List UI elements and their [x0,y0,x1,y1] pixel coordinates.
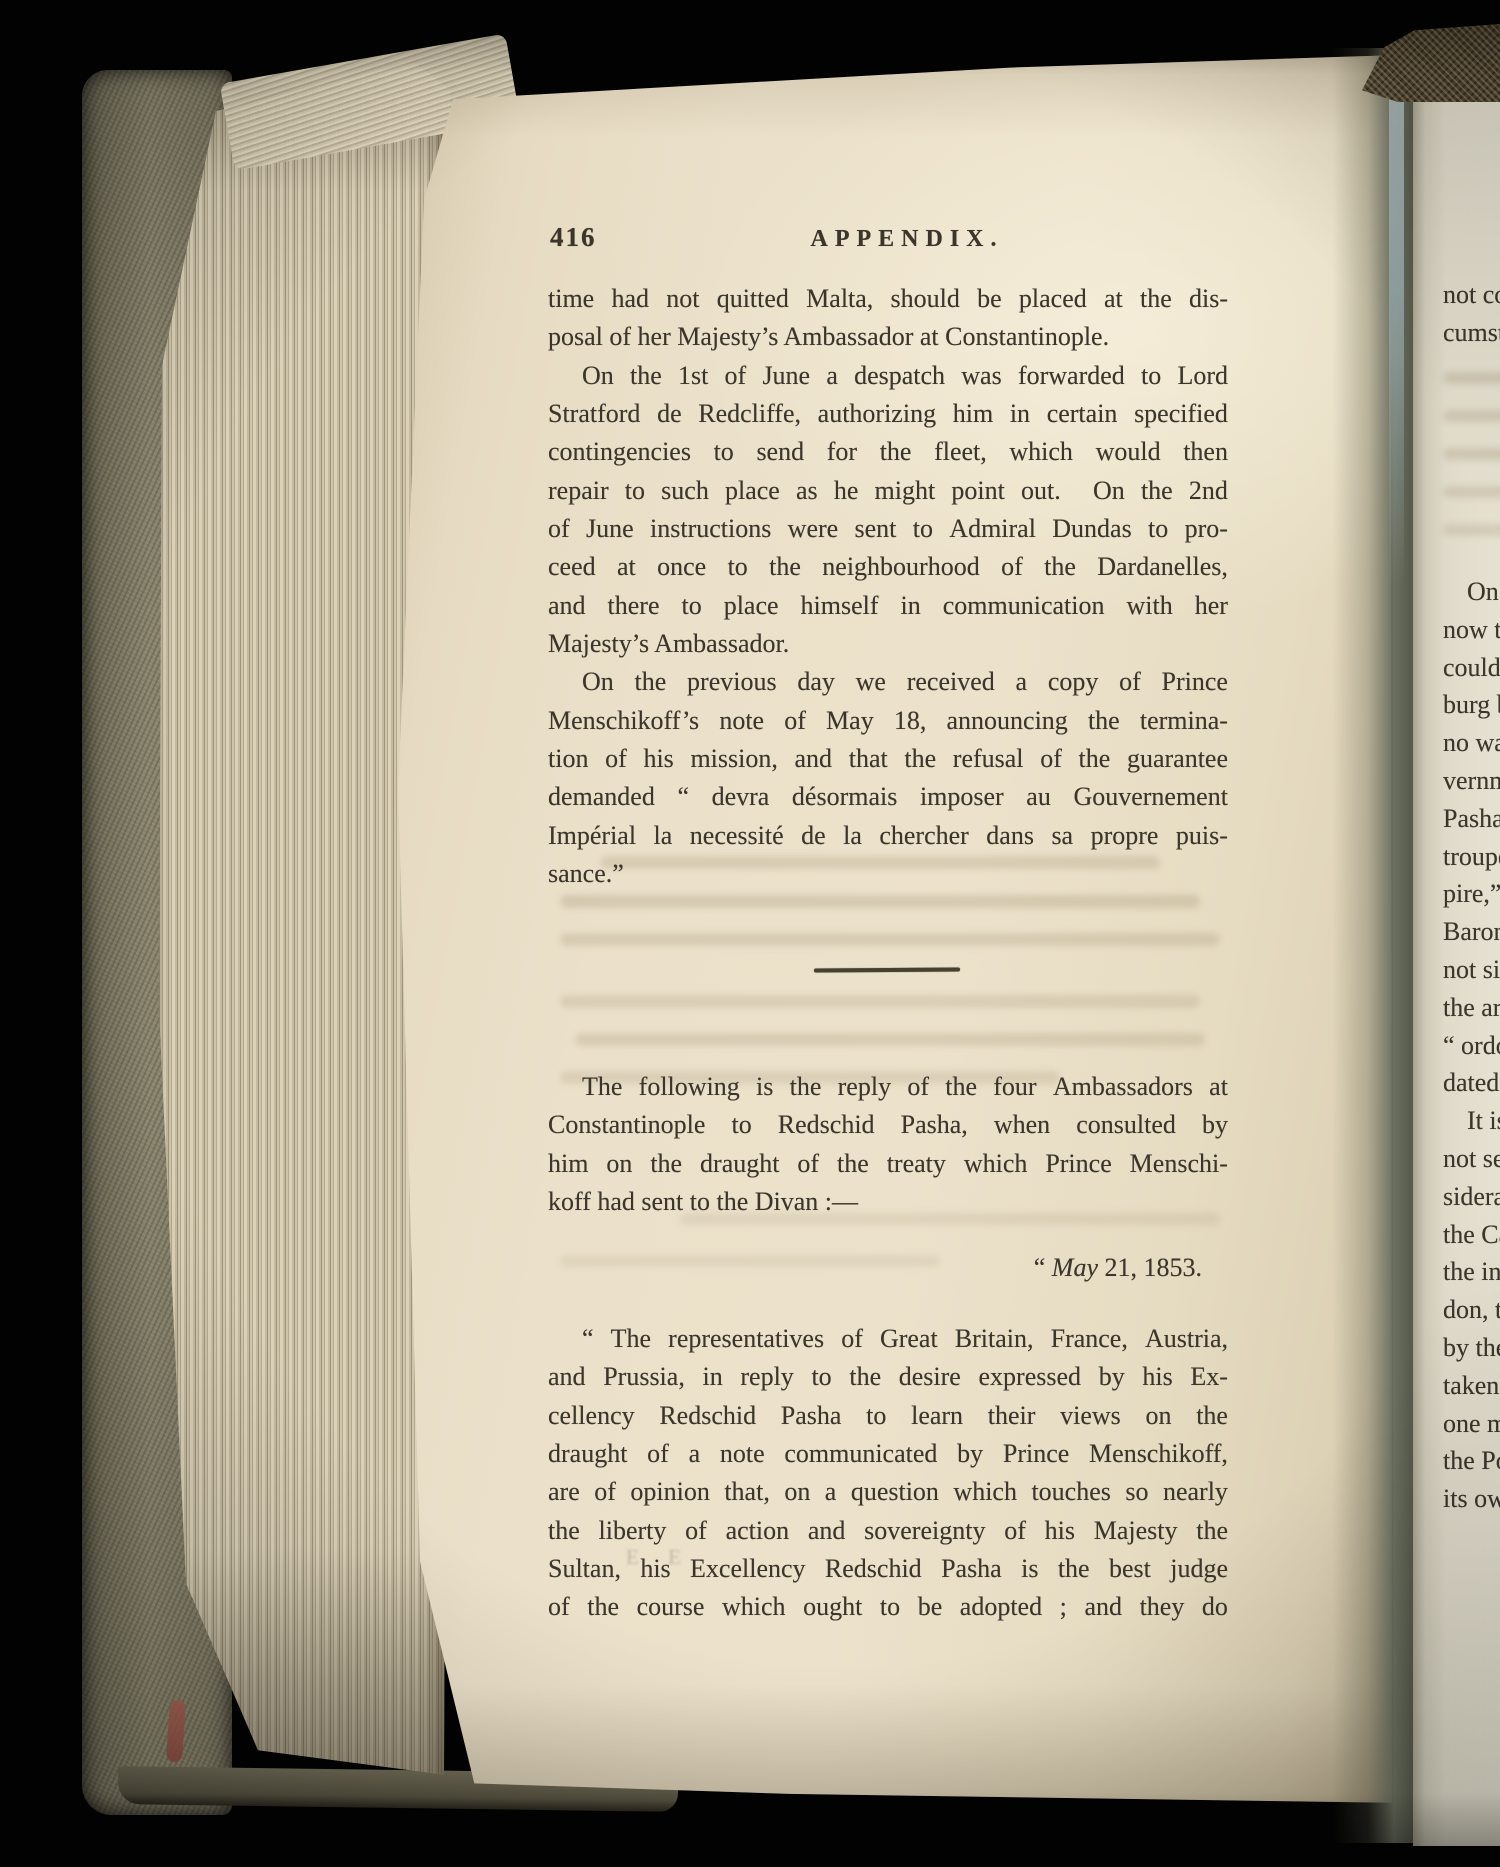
word: Pasha [941,1550,1002,1588]
word: Malta, [806,280,873,318]
word: as [796,472,818,510]
word: of [594,1473,616,1511]
word: of [841,1320,863,1358]
word: the [880,433,912,471]
text-line: “ ordo [1443,1027,1500,1065]
word: repair [548,472,609,510]
text-line: could [1443,649,1500,687]
date-line: “ May 21, 1853. [548,1249,1228,1287]
word: be [918,1588,943,1626]
text-line: not sig [1443,951,1500,989]
word: au [1026,778,1051,816]
word: to [913,510,933,548]
word: at [1209,1068,1228,1106]
word: Sultan, [548,1550,621,1588]
word: demanded [548,778,655,816]
word: previous [687,663,777,701]
text-line: cellencyRedschidPashatolearntheirviewson… [548,1397,1228,1435]
word: draught [548,1435,627,1473]
word: on [606,1145,632,1183]
text-line: burg b [1443,686,1500,724]
word: with [1126,587,1172,625]
word: mission, [690,740,777,778]
word: a [826,357,838,395]
word: note [720,1435,765,1473]
word: is [756,1068,773,1106]
word: 2nd [1189,472,1228,510]
word: to [1141,357,1161,395]
word: dis- [1189,280,1228,318]
word: necessité [690,817,784,855]
word: The [611,1320,651,1358]
signature-mark-bleed: E E [626,1545,693,1570]
word: forwarded [1018,357,1125,395]
word: had [611,280,649,318]
word: Britain, [955,1320,1034,1358]
word: which [964,1145,1028,1183]
word: to [681,587,701,625]
word: views [1060,1397,1121,1435]
paragraph-block-1: timehadnotquittedMalta,shouldbeplacedatt… [548,280,1228,894]
word: devra [712,778,770,816]
word: Admiral [949,510,1036,548]
text-line: vernm [1443,762,1500,800]
text-line: ThefollowingisthereplyofthefourAmbassado… [548,1068,1228,1106]
word: Great [880,1320,938,1358]
text-line: not se [1443,1140,1500,1178]
word: On [1093,472,1125,510]
word: refusal [953,740,1024,778]
text-line: It is [1443,1102,1500,1140]
text-line: Menschikoff’snoteofMay18,announcingthete… [548,702,1228,740]
word: “ [677,778,689,816]
word: reply [740,1358,793,1396]
word: de [801,817,826,855]
word: a [1016,663,1028,701]
word: of [1004,1512,1026,1550]
word: nearly [1163,1473,1228,1511]
word: might [875,472,936,510]
word: to [866,1397,886,1435]
word: draught [700,1145,779,1183]
word: point [951,472,1004,510]
text-line: no wa [1443,724,1500,762]
word: so [1125,1473,1148,1511]
word: himself [801,587,879,625]
word: May [826,702,874,740]
bleed-through-line [560,995,1200,1008]
word: the [548,1512,580,1550]
word: a [825,1473,837,1511]
word: in [901,587,921,625]
word: of [605,740,627,778]
word: Stratford [548,395,640,433]
text-line: the ins [1443,1253,1500,1291]
text-line: don, th [1443,1291,1500,1329]
word: la [843,817,862,855]
text-line: troupe [1443,838,1500,876]
word: place [725,472,780,510]
right-page-lines-top: not cocumst [1443,276,1500,352]
word: Ex- [1190,1358,1228,1396]
spine-head-cloth [1362,24,1500,102]
text-line: StratforddeRedcliffe,authorizinghimincer… [548,395,1228,433]
text-line: “TherepresentativesofGreatBritain,France… [548,1320,1228,1358]
word: adopted [960,1588,1042,1626]
word: puis- [1176,817,1228,855]
word: of [725,357,747,395]
word: June [762,357,810,395]
word: quitted [717,280,789,318]
word: On [582,357,614,395]
word: contingencies [548,433,691,471]
word: such [661,472,709,510]
word: Majesty [1094,1512,1178,1550]
text-line: tionofhismission,andthattherefusaloftheg… [548,740,1228,778]
word: the [849,1358,881,1396]
word: following [639,1068,740,1106]
word: de [657,395,682,433]
word: the [1079,740,1111,778]
word: Prince [1162,663,1228,701]
word: désormais [792,778,897,816]
word: note [719,702,764,740]
word: and [548,1358,586,1396]
word: desire [899,1358,961,1396]
text-line: ceedatoncetotheneighbourhoodoftheDardane… [548,548,1228,586]
word: the [904,740,936,778]
word: Redschid [659,1397,756,1435]
word: her [1195,587,1228,625]
text-line: contingenciestosendforthefleet,whichwoul… [548,433,1228,471]
word: to [1148,510,1168,548]
word: best [1109,1550,1151,1588]
word: despatch [854,357,945,395]
word: the [769,548,801,586]
word: Impérial [548,817,636,855]
text-line: andtheretoplacehimselfincommunicationwit… [548,587,1228,625]
word: by [1202,1106,1228,1144]
word: course [637,1588,705,1626]
word: that, [724,1473,770,1511]
word: On [582,663,614,701]
word: ceed [548,548,596,586]
word: would [1096,433,1161,471]
word: the [1196,1512,1228,1550]
word: his [1142,1358,1172,1396]
bleed-through-line [1443,410,1500,422]
word: to [625,472,645,510]
word: imposer [920,778,1004,816]
word: Ambassadors [1053,1068,1193,1106]
text-line: koff had sent to the Divan :— [548,1183,1228,1221]
word: are [548,1473,580,1511]
word: pro- [1185,510,1228,548]
word: ought [803,1588,862,1626]
text-line: posal of her Majesty’s Ambassador at Con… [548,318,1228,356]
bleed-through-line [1443,486,1500,498]
word: Prince [1003,1435,1069,1473]
text-line: its own [1443,1480,1500,1518]
word: Excellency [690,1550,806,1588]
text-line: draughtofanotecommunicatedbyPrinceMensch… [548,1435,1228,1473]
text-line: pire,” [1443,875,1500,913]
word: representatives [668,1320,824,1358]
word: June [586,510,634,548]
word: in [702,1358,722,1396]
text-line: Pasha [1443,800,1500,838]
word: do [1202,1588,1228,1626]
word: ; [1060,1588,1067,1626]
word: to [880,1588,900,1626]
word: which [722,1588,786,1626]
text-line: now th [1443,611,1500,649]
word: cellency [548,1397,635,1435]
text-line: siderat [1443,1178,1500,1216]
word: then [1183,433,1228,471]
word: learn [911,1397,963,1435]
word: the [630,357,662,395]
word: announcing [946,702,1067,740]
bleed-through-line [1443,372,1500,384]
word: his [1045,1512,1075,1550]
text-line: by the [1443,1329,1500,1367]
word: neighbourhood [822,548,979,586]
word: Pasha [781,1397,842,1435]
word: the [1088,702,1120,740]
word: tion [548,740,588,778]
word: the [1044,548,1076,586]
word: four [993,1068,1036,1106]
word: be [977,280,1002,318]
word: expressed [979,1358,1082,1396]
bleed-through-line [1443,448,1500,460]
word: fleet, [934,433,987,471]
word: of [548,1588,570,1626]
bleed-through-line [560,933,1220,946]
word: 18, [894,702,927,740]
text-line: OnthepreviousdaywereceivedacopyofPrince [548,663,1228,701]
word: place [724,587,779,625]
word: treaty [887,1145,946,1183]
word: communicated [784,1435,937,1473]
word: their [988,1397,1036,1435]
word: Austria, [1145,1320,1228,1358]
text-line: the arr [1443,989,1500,1027]
word: his [643,740,673,778]
word: of [784,702,806,740]
word: day [797,663,835,701]
text-line: taken, [1443,1367,1500,1405]
text-line: demanded“devradésormaisimposerauGouverne… [548,778,1228,816]
text-line: Impériallanecessitédelachercherdanssapro… [548,817,1228,855]
word: the [1140,280,1172,318]
bookmark-ribbon [1389,52,1404,582]
word: judge [1170,1550,1228,1588]
word: dans [986,817,1034,855]
word: Menschi- [1130,1145,1228,1183]
word: copy [1048,663,1099,701]
word: at [617,548,636,586]
word: him [953,395,993,433]
word: the [1058,1550,1090,1588]
word: by [1099,1358,1125,1396]
word: of [1040,740,1062,778]
text-line: himonthedraughtofthetreatywhichPrinceMen… [548,1145,1228,1183]
word: of [797,1145,819,1183]
text-line: cumst [1443,314,1500,352]
word: Prussia, [603,1358,685,1396]
word: guarantee [1127,740,1228,778]
bleed-through-line [1443,524,1500,536]
bleed-through-line [560,895,1200,908]
word: Menschikoff’s [548,702,699,740]
text-line: dated [1443,1064,1500,1102]
word: 1st [678,357,708,395]
word: termina- [1140,702,1228,740]
word: Lord [1177,357,1228,395]
text-line: the Ca [1443,1216,1500,1254]
word: was [961,357,1001,395]
word: by [957,1435,983,1473]
book-photo-stage: 416 APPENDIX. timehadnotquittedMalta,sho… [0,0,1500,1867]
word: to [732,1106,752,1144]
right-page-lines-body: Onnow thcouldburg bno wavernmPashatroupe… [1443,573,1500,1518]
word: the [1196,1397,1228,1435]
word: and [548,587,586,625]
word: Gouvernement [1073,778,1228,816]
word: of [1119,663,1141,701]
word: consulted [1076,1106,1176,1144]
word: were [788,510,839,548]
word: Redcliffe, [698,395,801,433]
word: which [1009,433,1073,471]
text-line: ConstantinopletoRedschidPasha,whenconsul… [548,1106,1228,1144]
word: that [849,740,888,778]
word: the [945,1068,977,1106]
word: Redschid [778,1106,875,1144]
word: they [1140,1588,1185,1626]
word: opinion [630,1473,709,1511]
word: the [587,1588,619,1626]
running-header: APPENDIX. [548,226,1228,253]
word: question [851,1473,939,1511]
text-line: ofthecoursewhichoughttobeadopted;andthey… [548,1588,1228,1626]
word: of [907,1068,929,1106]
word: Prince [1045,1145,1111,1183]
word: is [1021,1550,1038,1588]
text-line: Baron [1443,913,1500,951]
word: should [891,280,960,318]
word: on [784,1473,810,1511]
date-rest: 21, 1853. [1098,1253,1202,1282]
gutter-shadow [1332,48,1418,1843]
word: for [827,433,857,471]
word: him [548,1145,588,1183]
word: Menschikoff, [1089,1435,1228,1473]
word: The [582,1068,622,1106]
bleed-through-line [575,1033,1205,1046]
word: touches [1031,1473,1110,1511]
word: time [548,280,594,318]
word: to [728,548,748,586]
word: which [953,1473,1017,1511]
word: France, [1051,1320,1128,1358]
word: when [994,1106,1050,1144]
text-line: Majesty’s Ambassador. [548,625,1228,663]
word: propre [1091,817,1159,855]
paragraph-block-3: “TherepresentativesofGreatBritain,France… [548,1320,1228,1627]
text-line: On [1443,573,1500,611]
word: at [1104,280,1123,318]
word: a [689,1435,701,1473]
word: placed [1019,280,1087,318]
word: sent [855,510,897,548]
text-line: andPrussia,inreplytothedesireexpressedby… [548,1358,1228,1396]
word: out. [1021,472,1061,510]
text-line: ofJuneinstructionsweresenttoAdmiralDunda… [548,510,1228,548]
word: the [837,1145,869,1183]
text-line: one mo [1443,1405,1500,1443]
word: to [811,1358,831,1396]
word: authorizing [818,395,936,433]
word: Pasha, [901,1106,968,1144]
word: Dardanelles, [1097,548,1228,586]
word: on [1146,1397,1172,1435]
text-line: timehadnotquittedMalta,shouldbeplacedatt… [548,280,1228,318]
word: “ [582,1320,594,1358]
word: there [608,587,660,625]
word: sovereignty [864,1512,985,1550]
word: the [1141,472,1173,510]
word: sa [1051,817,1073,855]
word: instructions [650,510,771,548]
word: send [756,433,804,471]
word: not [666,280,699,318]
word: and [808,1512,846,1550]
word: Dundas [1052,510,1131,548]
word: action [726,1512,790,1550]
word: the [650,1145,682,1183]
word: to [714,433,734,471]
date-open-quote: “ [1034,1253,1046,1282]
word: the [635,663,667,701]
text-line: areofopinionthat,onaquestionwhichtouches… [548,1473,1228,1511]
word: and [795,740,833,778]
word: reply [838,1068,891,1106]
word: we [856,663,886,701]
word: in [1010,395,1030,433]
word: he [834,472,859,510]
word: and [1084,1588,1122,1626]
word: Constantinople [548,1106,705,1144]
text-line: sance.” [548,855,1228,893]
word: communication [943,587,1105,625]
text-line: repairtosuchplaceashemightpointout.Onthe… [548,472,1228,510]
word: the [790,1068,822,1106]
word: la [654,817,673,855]
text-line: the Por [1443,1442,1500,1480]
word: Redschid [825,1550,922,1588]
word: specified [1134,395,1228,433]
word: of [548,510,570,548]
word: chercher [879,817,968,855]
word: certain [1047,395,1118,433]
text-line: Onthe1stofJuneadespatchwasforwardedtoLor… [548,357,1228,395]
word: of [1001,548,1023,586]
text-line: not co [1443,276,1500,314]
word: once [657,548,706,586]
